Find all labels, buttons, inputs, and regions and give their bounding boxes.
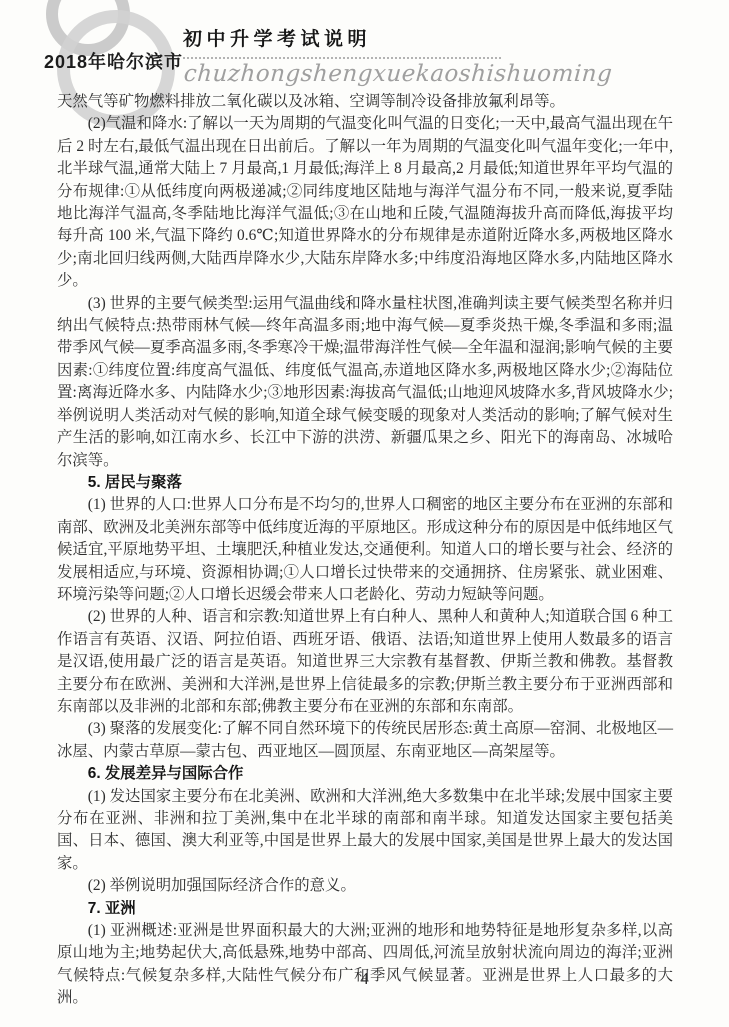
section-heading-development-cooperation: 6. 发展差异与国际合作: [57, 763, 673, 785]
paragraph: (1) 世界的人口:世界人口分布是不均匀的,世界人口稠密的地区主要分布在亚洲的东…: [57, 494, 673, 606]
dotted-divider: [183, 57, 501, 59]
paragraph-continuation: 天然气等矿物燃料排放二氧化碳以及冰箱、空调等制冷设备排放氟利昂等。: [57, 91, 673, 113]
paragraph: (3) 聚落的发展变化:了解不同自然环境下的传统民居形态:黄土高原—窑洞、北极地…: [57, 718, 673, 763]
exam-spec-document-page: 2018年哈尔滨市 初中升学考试说明 chuzhongshengxuekaosh…: [0, 0, 729, 1027]
paragraph: (1) 亚洲概述:亚洲是世界面积最大的大洲;亚洲的地形和地势特征是地形复杂多样,…: [57, 920, 673, 1010]
paragraph: (2)气温和降水:了解以一天为周期的气温变化叫气温的日变化;一天中,最高气温出现…: [57, 113, 673, 292]
edition-label: 2018年哈尔滨市: [44, 48, 183, 74]
page-header: 2018年哈尔滨市 初中升学考试说明 chuzhongshengxuekaosh…: [0, 0, 729, 95]
paragraph: (2) 世界的人种、语言和宗教:知道世界上有白种人、黑种人和黄种人;知道联合国 …: [57, 606, 673, 718]
paragraph: (1) 发达国家主要分布在北美洲、欧洲和大洋洲,绝大多数集中在北半球;发展中国家…: [57, 786, 673, 876]
document-body: 天然气等矿物燃料排放二氧化碳以及冰箱、空调等制冷设备排放氟利昂等。 (2)气温和…: [57, 91, 673, 1010]
document-title: 初中升学考试说明: [183, 24, 513, 51]
title-pinyin: chuzhongshengxuekaoshishuoming: [183, 61, 515, 87]
paragraph: (2) 举例说明加强国际经济合作的意义。: [57, 875, 673, 897]
paragraph: (3) 世界的主要气候类型:运用气温曲线和降水量柱状图,准确判读主要气候类型名称…: [57, 293, 673, 472]
title-block: 初中升学考试说明 chuzhongshengxuekaoshishuoming: [183, 24, 513, 87]
section-heading-asia: 7. 亚洲: [57, 898, 673, 920]
page-number: 4: [0, 969, 729, 989]
section-heading-residents-settlements: 5. 居民与聚落: [57, 472, 673, 494]
